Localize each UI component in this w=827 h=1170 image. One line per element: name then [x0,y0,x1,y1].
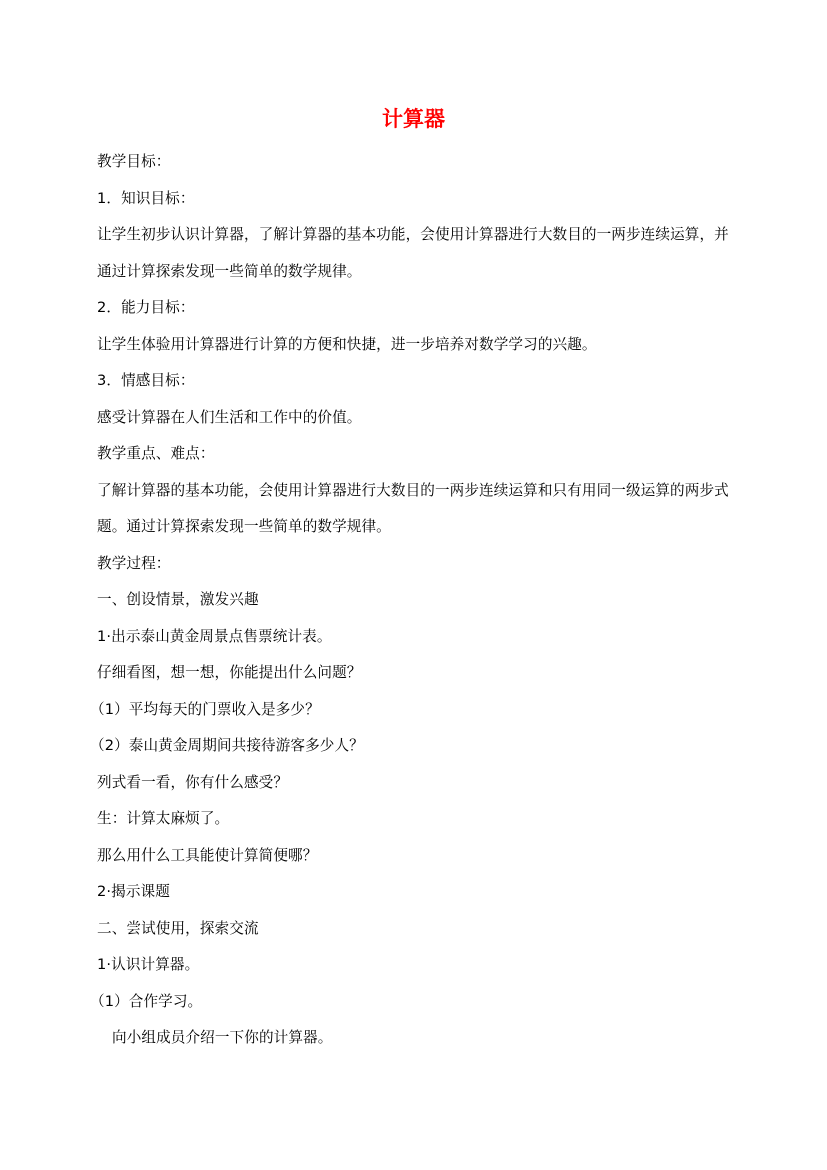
text-line: （1）合作学习。 [0,984,827,1021]
text-line: 3．情感目标： [0,363,827,400]
text-line: 通过计算探索发现一些简单的数学规律。 [0,254,827,291]
document-title: 计算器 [0,106,827,132]
text-line: 那么用什么工具能使计算简便哪？ [0,838,827,875]
text-line: 向小组成员介绍一下你的计算器。 [0,1020,827,1057]
text-line: 1．知识目标： [0,181,827,218]
document-page: 计算器 教学目标：1．知识目标：让学生初步认识计算器，了解计算器的基本功能，会使… [0,0,827,1170]
text-line: 仔细看图，想一想，你能提出什么问题？ [0,655,827,692]
text-line: 教学过程： [0,546,827,583]
text-line: 教学目标： [0,144,827,181]
text-line: 1·认识计算器。 [0,947,827,984]
text-line: 二、尝试使用，探索交流 [0,911,827,948]
text-line: （1）平均每天的门票收入是多少？ [0,692,827,729]
text-line: 教学重点、难点： [0,436,827,473]
text-line: （2）泰山黄金周期间共接待游客多少人？ [0,728,827,765]
document-body: 教学目标：1．知识目标：让学生初步认识计算器，了解计算器的基本功能，会使用计算器… [0,144,827,1057]
text-line: 让学生初步认识计算器，了解计算器的基本功能，会使用计算器进行大数目的一两步连续运… [0,217,827,254]
text-line: 生：计算太麻烦了。 [0,801,827,838]
text-line: 1·出示泰山黄金周景点售票统计表。 [0,619,827,656]
text-line: 2．能力目标： [0,290,827,327]
text-line: 感受计算器在人们生活和工作中的价值。 [0,400,827,437]
text-line: 了解计算器的基本功能，会使用计算器进行大数目的一两步连续运算和只有用同一级运算的… [0,473,827,510]
text-line: 题。通过计算探索发现一些简单的数学规律。 [0,509,827,546]
text-line: 2·揭示课题 [0,874,827,911]
text-line: 列式看一看，你有什么感受？ [0,765,827,802]
text-line: 一、创设情景，激发兴趣 [0,582,827,619]
text-line: 让学生体验用计算器进行计算的方便和快捷，进一步培养对数学学习的兴趣。 [0,327,827,364]
